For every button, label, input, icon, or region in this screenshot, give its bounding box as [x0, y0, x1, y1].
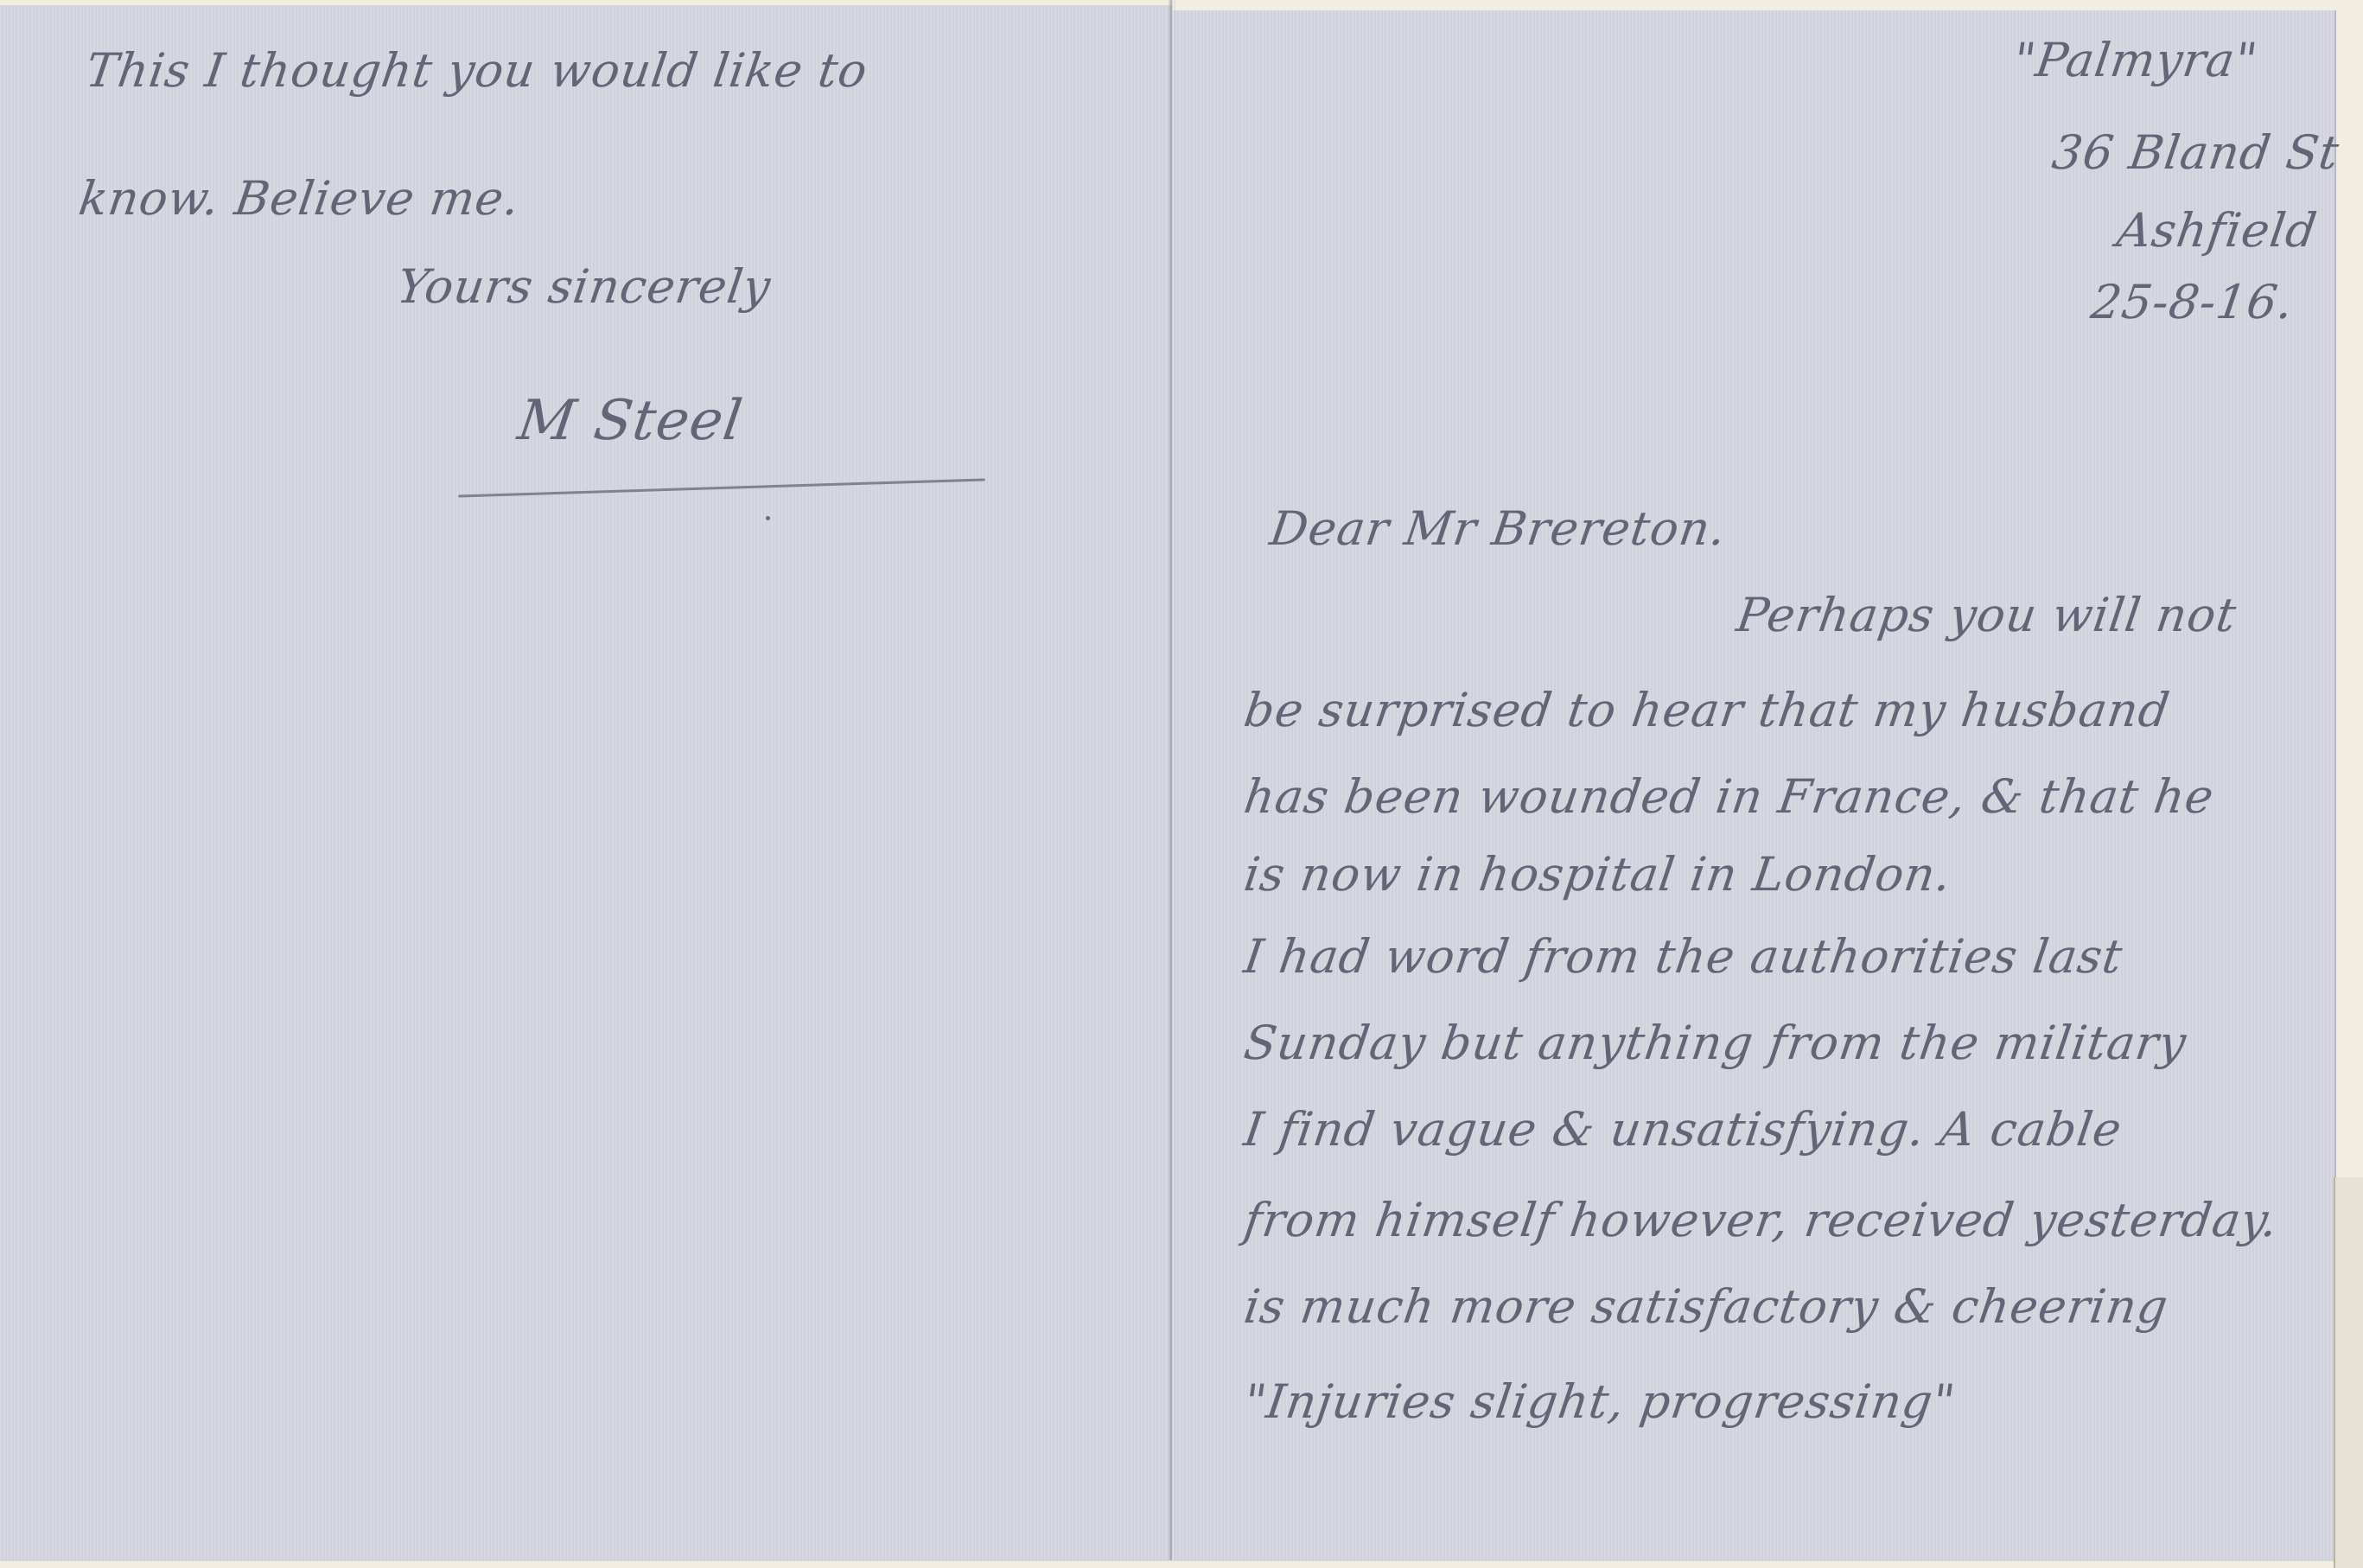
body-line: from himself however, received yesterday…: [1241, 1193, 2282, 1247]
ink-dot: [766, 516, 770, 520]
body-line: is now in hospital in London.: [1241, 847, 1955, 902]
address-street: 36 Bland St: [2049, 125, 2343, 180]
body-line: I had word from the authorities last: [1241, 929, 2126, 984]
address-house-name: "Palmyra": [2010, 33, 2262, 87]
signature: M Steel: [514, 389, 747, 453]
valediction: Yours sincerely: [394, 259, 774, 314]
letter-page-left: [0, 5, 1172, 1561]
body-line: "Injuries slight, progressing": [1241, 1374, 1959, 1429]
body-line: be surprised to hear that my husband: [1241, 683, 2174, 737]
backing-sheet-edge: [2334, 1177, 2363, 1568]
salutation: Dear Mr Brereton.: [1267, 501, 1730, 556]
body-line: Sunday but anything from the military: [1241, 1016, 2190, 1070]
closing-line-1: This I thought you would like to: [83, 43, 871, 98]
closing-line-2: know. Believe me.: [76, 171, 524, 226]
letter-date: 25-8-16.: [2088, 275, 2297, 329]
center-fold: [1169, 0, 1175, 1560]
address-suburb: Ashfield: [2114, 203, 2321, 258]
body-line: is much more satisfactory & cheering: [1241, 1279, 2172, 1334]
body-line: has been wounded in France, & that he: [1241, 769, 2218, 824]
body-line: I find vague & unsatisfying. A cable: [1241, 1102, 2126, 1157]
body-line: Perhaps you will not: [1734, 588, 2240, 642]
